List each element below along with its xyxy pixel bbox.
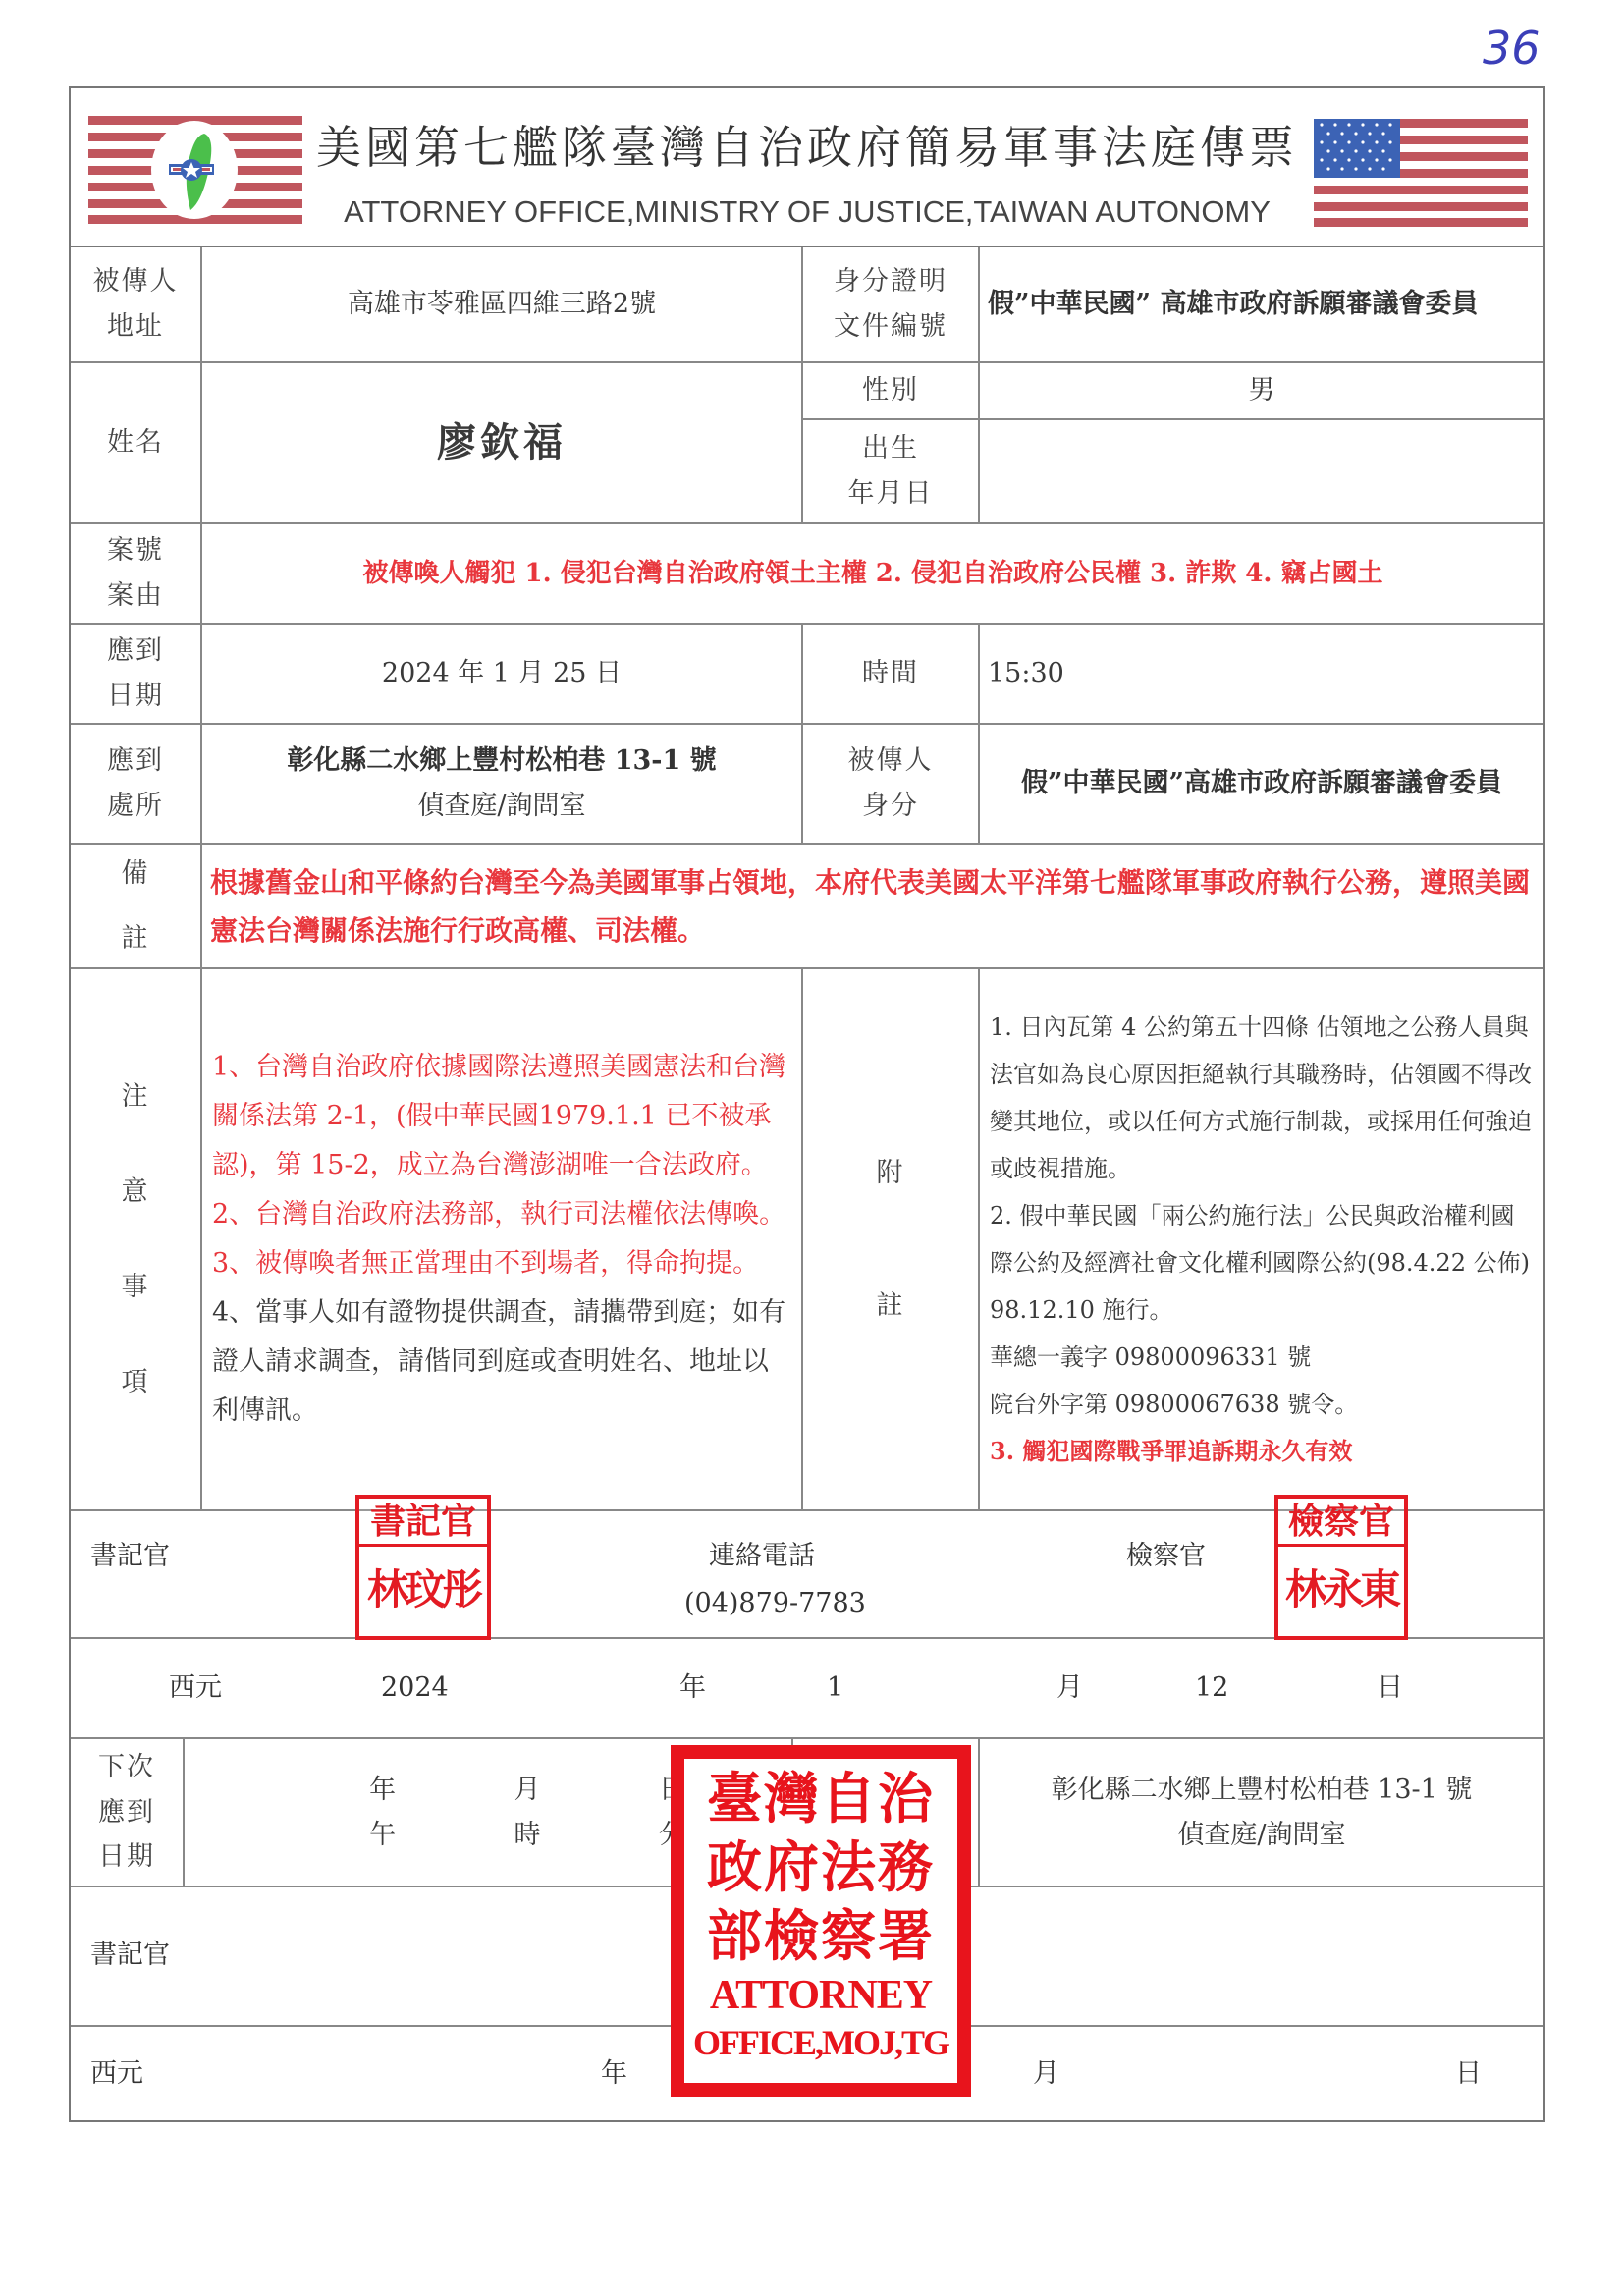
issue-year-label: 年 xyxy=(679,1674,706,1701)
prosecutor-seal-stamp: 檢察官 林永東 xyxy=(1274,1495,1408,1640)
taiwan-autonomy-flag-icon xyxy=(88,116,302,224)
case-label: 案號案由 xyxy=(71,523,201,624)
notice-item: 2、台灣自治政府法務部，執行司法權依法傳喚。 xyxy=(212,1190,791,1239)
next-month-label: 月 xyxy=(1033,2060,1059,2087)
page-number: 36 xyxy=(1483,22,1541,75)
next-day-label: 日 xyxy=(1455,2060,1482,2087)
issue-year: 2024 xyxy=(381,1674,449,1701)
name-gender-row: 姓名 廖欽福 性別 男 xyxy=(71,362,1543,419)
notice-item: 3、被傳喚者無正當理由不到場者，得命拘提。 xyxy=(212,1239,791,1288)
clerk-seal-stamp: 書記官 林玟彤 xyxy=(355,1495,491,1640)
remarks-text: 根據舊金山和平條約台灣至今為美國軍事占領地，本府代表美國太平洋第七艦隊軍事政府執… xyxy=(201,844,1543,968)
next-clerk-label: 書記官 xyxy=(90,1941,170,1968)
next-ampm-field: 午 xyxy=(369,1813,396,1858)
appendix-list: 1. 日內瓦第 4 公約第五十四條 佔領地之公務人員與法官如為良心原因拒絕執行其… xyxy=(979,968,1543,1510)
form-header: 美國第七艦隊臺灣自治政府簡易軍事法庭傳票 ATTORNEY OFFICE,MIN… xyxy=(71,88,1543,247)
summons-table: 被傳人地址 高雄市苓雅區四維三路2號 身分證明文件編號 假”中華民國” 高雄市政… xyxy=(71,247,1543,1511)
seal-line-3: 部檢察署 xyxy=(684,1902,957,1971)
prosecutor-label: 檢察官 xyxy=(1126,1543,1206,1569)
birth-value xyxy=(979,419,1543,523)
gender-label: 性別 xyxy=(802,362,979,419)
notices-row: 注意 事項 1、台灣自治政府依據國際法遵照美國憲法和台灣關係法第 2-1，(假中… xyxy=(71,968,1543,1510)
seal-line-en-1: ATTORNEY xyxy=(684,1971,957,2020)
gender-value: 男 xyxy=(979,362,1543,419)
address-value: 高雄市苓雅區四維三路2號 xyxy=(201,247,802,362)
appearance-place-row: 應到處所 彰化縣二水鄉上豐村松柏巷 13-1 號 偵查庭/詢問室 被傳人身分 假… xyxy=(71,724,1543,844)
address-label: 被傳人地址 xyxy=(71,247,201,362)
appearance-date-row: 應到日期 2024 年 1 月 25 日 時間 15:30 xyxy=(71,624,1543,724)
appendix-item: 華總一義字 09800096331 號 xyxy=(990,1334,1534,1381)
next-month-field: 月 xyxy=(514,1768,540,1813)
case-reason: 被傳喚人觸犯 1. 侵犯台灣自治政府領土主權 2. 侵犯自治政府公民權 3. 詐… xyxy=(201,523,1543,624)
next-hour-field: 時 xyxy=(514,1813,540,1858)
appendix-item: 1. 日內瓦第 4 公約第五十四條 佔領地之公務人員與法官如為良心原因拒絕執行其… xyxy=(990,1004,1534,1192)
notice-item: 1、台灣自治政府依據國際法遵照美國憲法和台灣關係法第 2-1，(假中華民國197… xyxy=(212,1043,791,1190)
remarks-label: 備註 xyxy=(71,844,201,968)
next-era-label: 西元 xyxy=(90,2060,143,2087)
title-english: ATTORNEY OFFICE,MINISTRY OF JUSTICE,TAIW… xyxy=(316,194,1298,230)
remarks-row: 備註 根據舊金山和平條約台灣至今為美國軍事占領地，本府代表美國太平洋第七艦隊軍事… xyxy=(71,844,1543,968)
address-row: 被傳人地址 高雄市苓雅區四維三路2號 身分證明文件編號 假”中華民國” 高雄市政… xyxy=(71,247,1543,362)
clerk-seal-title: 書記官 xyxy=(359,1499,487,1547)
official-seal-stamp: 臺灣自治 政府法務 部檢察署 ATTORNEY OFFICE,MOJ,TG xyxy=(671,1745,971,2097)
phone-value: (04)879-7783 xyxy=(684,1590,866,1616)
issue-month: 1 xyxy=(827,1674,843,1701)
issue-date-row: 西元 2024 年 1 月 12 日 xyxy=(71,1639,1543,1739)
birth-label: 出生年月日 xyxy=(802,419,979,523)
issue-month-label: 月 xyxy=(1056,1674,1083,1701)
name-label: 姓名 xyxy=(71,362,201,523)
time-label: 時間 xyxy=(802,624,979,724)
notices-label: 注意 事項 xyxy=(71,968,201,1510)
appendix-label: 附註 xyxy=(802,968,979,1510)
issue-day-label: 日 xyxy=(1377,1674,1403,1701)
next-place-value: 彰化縣二水鄉上豐村松柏巷 13-1 號 偵查庭/詢問室 xyxy=(979,1739,1543,1886)
identity-value: 假”中華民國”高雄市政府訴願審議會委員 xyxy=(979,724,1543,844)
id-doc-label: 身分證明文件編號 xyxy=(802,247,979,362)
prosecutor-seal-title: 檢察官 xyxy=(1278,1499,1404,1547)
appearance-date-label: 應到日期 xyxy=(71,624,201,724)
appearance-place-value: 彰化縣二水鄉上豐村松柏巷 13-1 號 偵查庭/詢問室 xyxy=(201,724,802,844)
appearance-date-value: 2024 年 1 月 25 日 xyxy=(201,624,802,724)
clerk-label: 書記官 xyxy=(90,1543,170,1569)
phone-label: 連絡電話 xyxy=(709,1543,815,1569)
case-row: 案號案由 被傳喚人觸犯 1. 侵犯台灣自治政府領土主權 2. 侵犯自治政府公民權… xyxy=(71,523,1543,624)
notices-list: 1、台灣自治政府依據國際法遵照美國憲法和台灣關係法第 2-1，(假中華民國197… xyxy=(201,968,802,1510)
name-value: 廖欽福 xyxy=(201,362,802,523)
id-doc-value: 假”中華民國” 高雄市政府訴願審議會委員 xyxy=(979,247,1543,362)
next-year-field: 年 xyxy=(369,1768,396,1813)
identity-label: 被傳人身分 xyxy=(802,724,979,844)
notice-item: 4、當事人如有證物提供調查，請攜帶到庭；如有證人請求調查，請偕同到庭或查明姓名、… xyxy=(212,1288,791,1436)
us-flag-icon xyxy=(1314,119,1528,227)
title-chinese: 美國第七艦隊臺灣自治政府簡易軍事法庭傳票 xyxy=(316,112,1298,177)
appendix-item: 院台外字第 09800067638 號令。 xyxy=(990,1381,1534,1428)
prosecutor-seal-name: 林永東 xyxy=(1278,1547,1404,1633)
issue-era-label: 西元 xyxy=(169,1674,222,1701)
seal-line-1: 臺灣自治 xyxy=(684,1765,957,1833)
time-value: 15:30 xyxy=(979,624,1543,724)
clerk-seal-name: 林玟彤 xyxy=(359,1547,487,1633)
next-date-label: 下次應到日期 xyxy=(71,1739,184,1886)
appendix-item: 3. 觸犯國際戰爭罪追訴期永久有效 xyxy=(990,1428,1534,1475)
appendix-item: 2. 假中華民國「兩公約施行法」公民與政治權利國際公約及經濟社會文化權利國際公約… xyxy=(990,1192,1534,1334)
seal-line-2: 政府法務 xyxy=(684,1833,957,1902)
issue-day: 12 xyxy=(1195,1674,1228,1701)
seal-line-en-2: OFFICE,MOJ,TG xyxy=(684,2020,957,2065)
next-year-label: 年 xyxy=(601,2060,627,2087)
appearance-place-label: 應到處所 xyxy=(71,724,201,844)
